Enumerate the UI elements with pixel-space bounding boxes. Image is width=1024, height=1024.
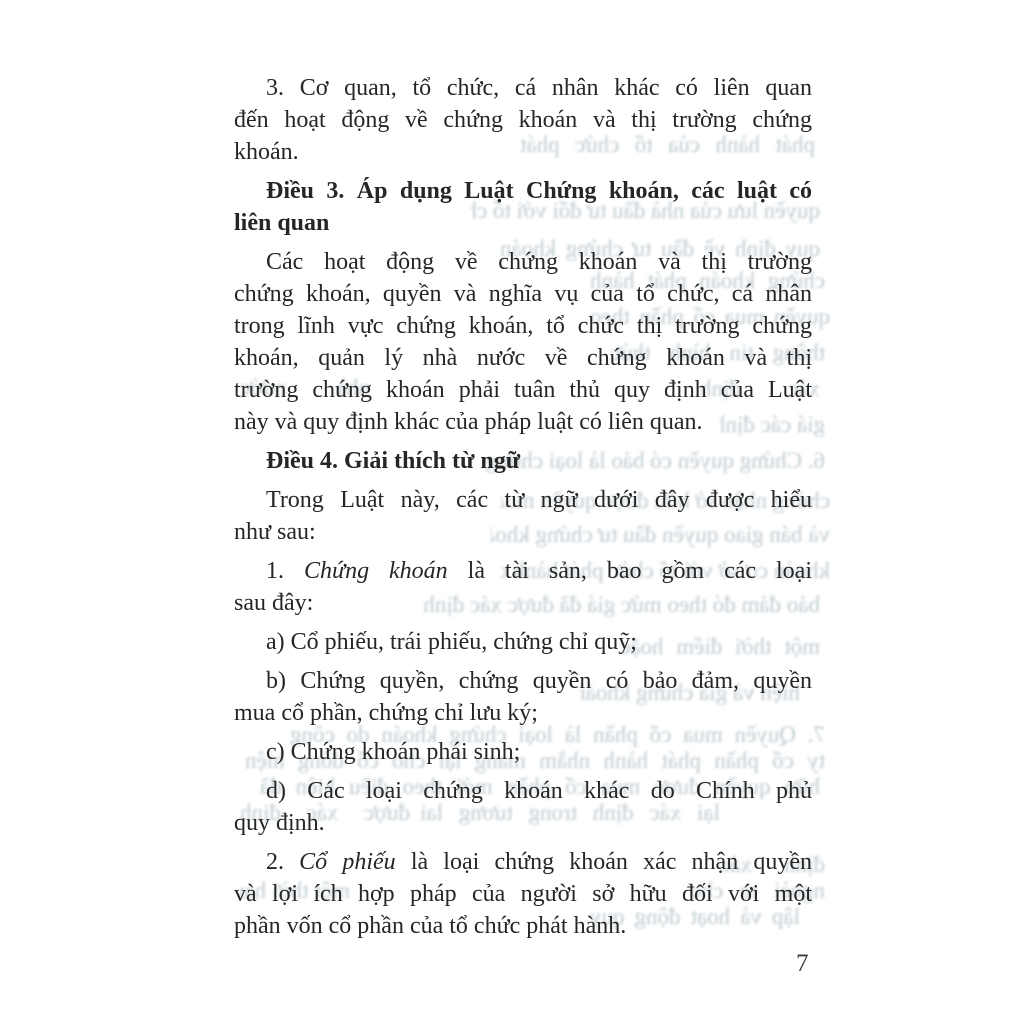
text-line: như sau: [234,516,812,548]
text-segment: mua cổ phần, chứng chỉ lưu ký; [234,700,538,726]
text-segment: quy định. [234,810,325,836]
text-line: trong lĩnh vực chứng khoán, tổ chức thị … [234,310,812,342]
text-segment: này và quy định khác của pháp luật có li… [234,409,703,435]
text-segment: đến hoạt động về chứng khoán và thị trườ… [234,107,812,133]
text-line: mua cổ phần, chứng chỉ lưu ký; [234,697,812,729]
text-line: khoán, quản lý nhà nước về chứng khoán v… [234,342,812,374]
text-segment: trong lĩnh vực chứng khoán, tổ chức thị … [234,313,812,339]
text-line: a) Cổ phiếu, trái phiếu, chứng chỉ quỹ; [234,626,812,658]
text-line: Điều 3. Áp dụng Luật Chứng khoán, các lu… [234,175,812,207]
text-segment: a) Cổ phiếu, trái phiếu, chứng chỉ quỹ; [266,629,637,655]
text-segment: khoán. [234,139,299,165]
text-segment: Điều 3. Áp dụng Luật Chứng khoán, các lu… [266,178,812,204]
text-line: sau đây: [234,587,812,619]
text-segment: 2. [266,849,299,875]
text-line: phần vốn cổ phần của tổ chức phát hành. [234,910,812,942]
text-line: Các hoạt động về chứng khoán và thị trườ… [234,246,812,278]
text-segment: trường chứng khoán phải tuân thủ quy địn… [234,377,812,403]
text-segment: phần vốn cổ phần của tổ chức phát hành. [234,913,626,939]
text-segment: 1. [266,558,304,584]
text-line: chứng khoán, quyền và nghĩa vụ của tổ ch… [234,278,812,310]
text-line: Trong Luật này, các từ ngữ dưới đây được… [234,484,812,516]
defined-term: Cổ phiếu [299,849,396,875]
text-line: c) Chứng khoán phái sinh; [234,736,812,768]
text-line: 3. Cơ quan, tổ chức, cá nhân khác có liê… [234,72,812,104]
text-segment: d) Các loại chứng khoán khác do Chính ph… [266,778,812,804]
text-segment: liên quan [234,210,329,236]
text-segment: Trong Luật này, các từ ngữ dưới đây được… [266,487,812,513]
paragraph: 1. Chứng khoán là tài sản, bao gồm các l… [234,555,812,619]
text-segment: và lợi ích hợp pháp của người sở hữu đối… [234,881,812,907]
text-line: khoán. [234,136,812,168]
text-line: và lợi ích hợp pháp của người sở hữu đối… [234,878,812,910]
paragraph: Các hoạt động về chứng khoán và thị trườ… [234,246,812,438]
text-segment: khoán, quản lý nhà nước về chứng khoán v… [234,345,812,371]
text-segment: là tài sản, bao gồm các loại [448,558,812,584]
defined-term: Chứng khoán [304,558,448,584]
text-line: d) Các loại chứng khoán khác do Chính ph… [234,775,812,807]
text-line: 1. Chứng khoán là tài sản, bao gồm các l… [234,555,812,587]
text-segment: là loại chứng khoán xác nhận quyền [396,849,812,875]
text-line: đến hoạt động về chứng khoán và thị trườ… [234,104,812,136]
text-segment: c) Chứng khoán phái sinh; [266,739,520,765]
paragraph: a) Cổ phiếu, trái phiếu, chứng chỉ quỹ; [234,626,812,658]
paragraph: 3. Cơ quan, tổ chức, cá nhân khác có liê… [234,72,812,168]
text-segment: chứng khoán, quyền và nghĩa vụ của tổ ch… [234,281,812,307]
page-number: 7 [796,950,809,978]
paragraph: Trong Luật này, các từ ngữ dưới đây được… [234,484,812,548]
text-line: trường chứng khoán phải tuân thủ quy địn… [234,374,812,406]
text-segment: sau đây: [234,590,313,616]
text-line: quy định. [234,807,812,839]
text-line: này và quy định khác của pháp luật có li… [234,406,812,438]
text-segment: Điều 4. Giải thích từ ngữ [266,448,520,474]
text-line: 2. Cổ phiếu là loại chứng khoán xác nhận… [234,846,812,878]
article-heading: Điều 4. Giải thích từ ngữ [234,445,812,477]
text-line: liên quan [234,207,812,239]
article-heading: Điều 3. Áp dụng Luật Chứng khoán, các lu… [234,175,812,239]
text-segment: b) Chứng quyền, chứng quyền có bảo đảm, … [266,668,812,694]
text-line: Điều 4. Giải thích từ ngữ [234,445,812,477]
book-page: phát hành của tổ chức phátquyền lưu của … [0,0,1024,1024]
text-segment: như sau: [234,519,316,545]
paragraph: 2. Cổ phiếu là loại chứng khoán xác nhận… [234,846,812,942]
text-line: b) Chứng quyền, chứng quyền có bảo đảm, … [234,665,812,697]
paragraph: c) Chứng khoán phái sinh; [234,736,812,768]
paragraph: b) Chứng quyền, chứng quyền có bảo đảm, … [234,665,812,729]
text-block: 3. Cơ quan, tổ chức, cá nhân khác có liê… [234,72,812,949]
paragraph: d) Các loại chứng khoán khác do Chính ph… [234,775,812,839]
text-segment: Các hoạt động về chứng khoán và thị trườ… [266,249,812,275]
text-segment: 3. Cơ quan, tổ chức, cá nhân khác có liê… [266,75,812,101]
